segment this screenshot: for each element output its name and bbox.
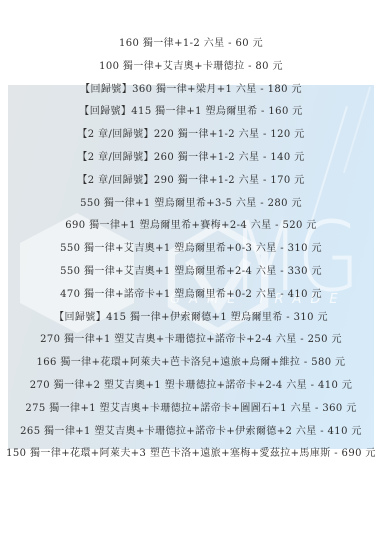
listing-row: 690 獨一律+1 塑烏爾里希+賽梅+2-4 六星 - 520 元: [0, 215, 382, 238]
listing-row: 【回歸號】360 獨一律+梁月+1 六星 - 180 元: [0, 79, 382, 102]
listing-row: 【2 章/回歸號】220 獨一律+1-2 六星 - 120 元: [0, 124, 382, 147]
listing-row: 550 獨一律+艾吉奧+1 塑烏爾里希+0-3 六星 - 310 元: [0, 238, 382, 261]
price-list-page: MG GAME TRADE 160 獨一律+1-2 六星 - 60 元 100 …: [0, 0, 382, 540]
listing-row: 270 獨一律+2 塑艾吉奧+1 塑卡珊德拉+諾帝卡+2-4 六星 - 410 …: [0, 375, 382, 398]
listing-row: 275 獨一律+1 塑艾吉奧+卡珊德拉+諾帝卡+圖圖石+1 六星 - 360 元: [0, 398, 382, 421]
listing-row: 150 獨一律+花環+阿萊夫+3 塑芭卡洛+遠旅+塞梅+愛茲拉+馬庫斯 - 69…: [0, 443, 382, 466]
listing-row: 100 獨一律+艾吉奧+卡珊德拉 - 80 元: [0, 56, 382, 79]
listing-row: 【2 章/回歸號】260 獨一律+1-2 六星 - 140 元: [0, 147, 382, 170]
listing-row: 【回歸號】415 獨一律+伊索爾德+1 塑烏爾里希 - 310 元: [0, 307, 382, 330]
listing-row: 【回歸號】415 獨一律+1 塑烏爾里希 - 160 元: [0, 101, 382, 124]
listing-row: 265 獨一律+1 塑艾吉奧+卡珊德拉+諾帝卡+伊索爾德+2 六星 - 410 …: [0, 421, 382, 444]
listing-row: 550 獨一律+艾吉奧+1 塑烏爾里希+2-4 六星 - 330 元: [0, 261, 382, 284]
listing-row: 160 獨一律+1-2 六星 - 60 元: [0, 33, 382, 56]
listing-rows: 160 獨一律+1-2 六星 - 60 元 100 獨一律+艾吉奧+卡珊德拉 -…: [0, 0, 382, 466]
listing-row: 166 獨一律+花環+阿萊夫+芭卡洛兒+遠旅+烏爾+維拉 - 580 元: [0, 352, 382, 375]
listing-row: 【2 章/回歸號】290 獨一律+1-2 六星 - 170 元: [0, 170, 382, 193]
listing-row: 550 獨一律+1 塑烏爾里希+3-5 六星 - 280 元: [0, 193, 382, 216]
listing-row: 270 獨一律+1 塑艾吉奧+卡珊德拉+諾帝卡+2-4 六星 - 250 元: [0, 329, 382, 352]
listing-row: 470 獨一律+諾帝卡+1 塑烏爾里希+0-2 六星 - 410 元: [0, 284, 382, 307]
